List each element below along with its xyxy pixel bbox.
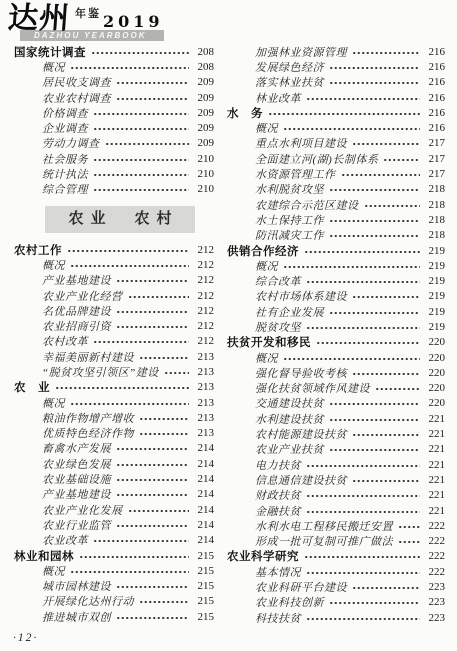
toc-row: 水土保持工作 218 [227,212,445,227]
dot-leader [116,460,189,470]
toc-page-number: 221 [423,474,445,486]
toc-page-number: 222 [423,550,445,562]
toc-entry-label: 劳动力调查 [14,135,100,151]
toc-row: 畜禽水产发展 214 [14,441,214,456]
toc-page-number: 214 [192,534,214,546]
toc-row: 粮油作物增产增收 213 [14,410,214,425]
toc-page-number: 212 [192,274,214,286]
toc-row: 概况 220 [227,350,445,365]
toc-page-number: 214 [192,458,214,470]
toc-page-number: 210 [192,183,214,195]
toc-entry-label: 开展绿化达州行动 [14,593,134,609]
toc-page-number: 218 [423,199,445,211]
toc-entry-label: 强化扶贫领域作风建设 [227,380,370,396]
toc-page-number: 219 [423,245,445,257]
toc-entry-label: 产业基地建设 [14,272,111,288]
section-banner: 农业 农村 [45,206,195,233]
toc-row: 农业科研平台建设 223 [227,579,445,594]
toc-row: 概况 219 [227,258,445,273]
toc-entry-label: 农业科技创新 [227,594,324,610]
toc-row: 概况 213 [14,395,214,410]
toc-row: 农业产业化经营 212 [14,288,214,303]
toc-entry-label: 概况 [227,120,278,136]
dot-leader [268,109,420,119]
toc-row: 防汛减灾工作 218 [227,228,445,243]
toc-page-number: 212 [192,320,214,332]
toc-row: 信息通信建设扶贫 221 [227,472,445,487]
dot-leader [79,552,189,562]
toc-page-number: 222 [423,566,445,578]
toc-page-number: 216 [423,61,445,73]
toc-row: 开展绿化达州行动 215 [14,594,214,609]
toc-page-number: 220 [423,352,445,364]
dot-leader [398,537,420,547]
dot-leader [116,78,189,88]
toc-page-number: 209 [192,92,214,104]
toc-row: 城市园林建设 215 [14,579,214,594]
toc-row: 重点水利项目建设 217 [227,136,445,151]
toc-page-number: 212 [192,305,214,317]
dot-leader [329,399,420,409]
dot-leader [329,308,420,318]
toc-page-number: 222 [423,535,445,547]
toc-page-number: 220 [423,367,445,379]
toc-entry-label: 社会服务 [14,151,88,167]
toc-entry-label: 强化督导验收考核 [227,365,347,381]
dot-leader [116,475,189,485]
toc-page-number: 221 [423,413,445,425]
toc-row: 形成一批可复制可推广做法 222 [227,534,445,549]
toc-entry-label: 幸福美丽新村建设 [14,349,134,365]
dot-leader [329,231,420,241]
yearbook-toc-page: 达州 年鉴 2019 DAZHOU YEARBOOK 国家统计调查 208 概况… [0,0,457,651]
dot-leader [116,613,189,623]
dot-leader [329,445,420,455]
toc-page-number: 223 [423,612,445,624]
dot-leader [304,552,420,562]
toc-page-number: 215 [192,595,214,607]
toc-page-number: 220 [423,336,445,348]
toc-entry-label: 畜禽水产发展 [14,440,111,456]
toc-entry-label: 城市园林建设 [14,578,111,594]
toc-entry-label: 统计执法 [14,166,88,182]
toc-entry-label: 国家统计调查 [14,44,86,60]
dot-leader [67,246,189,256]
toc-row: 电力扶贫 221 [227,457,445,472]
toc-entry-label: 概况 [14,563,65,579]
toc-row: 林业改革 216 [227,90,445,105]
toc-row: 基本情况 222 [227,564,445,579]
dot-leader [352,292,420,302]
dot-leader [93,536,189,546]
toc-entry-label: 农村市场体系建设 [227,288,347,304]
toc-entry-label: 水利水电工程移民搬迁安置 [227,518,393,534]
toc-page-number: 216 [423,46,445,58]
toc-page-number: 221 [423,428,445,440]
toc-row: 概况 216 [227,120,445,135]
toc-row: 强化扶贫领域作风建设 220 [227,381,445,396]
toc-row: 综合改革 219 [227,273,445,288]
dot-leader [352,139,420,149]
dot-leader [375,384,420,394]
dot-leader [70,261,189,271]
toc-row: 产业基地建设 212 [14,273,214,288]
dot-leader [329,63,420,73]
toc-column-right: 加强林业资源管理 216 发展绿色经济 216 落实林业扶贫 216 [227,44,445,629]
toc-page-number: 208 [192,46,214,58]
dot-leader [283,124,420,134]
toc-entry-label: 农业产业化发展 [14,502,123,518]
toc-page-number: 222 [423,520,445,532]
toc-row: 加强林业资源管理 216 [227,44,445,59]
toc-entry-label: 概况 [227,350,278,366]
toc-row: 全面建立河(湖)长制体系 217 [227,151,445,166]
toc-entry-label: 推进城市双创 [14,609,111,625]
toc-page-number: 213 [192,351,214,363]
logo-subtitle-cn: 年鉴 [75,5,101,21]
toc-page-number: 213 [192,427,214,439]
dot-leader [329,185,420,195]
yearbook-logo: 达州 年鉴 2019 DAZHOU YEARBOOK [8,5,164,41]
toc-entry-label: 水土保持工作 [227,212,324,228]
toc-entry-label: 综合管理 [14,181,88,197]
toc-entry-label: 概况 [227,258,278,274]
toc-entry-label: 名优品牌建设 [14,303,111,319]
toc-row: 优质特色经济作物 213 [14,426,214,441]
toc-row: 落实林业扶贫 216 [227,75,445,90]
toc-row: 水利脱贫攻坚 218 [227,182,445,197]
toc-page-number: 216 [423,92,445,104]
page-footer: ·12· [13,632,38,644]
toc-page-number: 212 [192,335,214,347]
toc-entry-label: 农业行业监管 [14,517,111,533]
toc-page-number: 223 [423,596,445,608]
toc-row: 概况 208 [14,59,214,74]
toc-page-number: 219 [423,306,445,318]
dot-leader [70,63,189,73]
toc-page-number: 215 [192,611,214,623]
toc-entry-label: 综合改革 [227,273,301,289]
toc-page-number: 218 [423,214,445,226]
toc-page-number: 213 [192,412,214,424]
dot-leader [352,430,420,440]
dot-leader [398,522,420,532]
toc-row: 居民收支调查 209 [14,75,214,90]
toc-entry-label: 概况 [14,395,65,411]
toc-page-number: 218 [423,183,445,195]
toc-entry-label: 农业科研平台建设 [227,579,347,595]
toc-row: 农业产业化发展 214 [14,502,214,517]
toc-row: 农业科技创新 223 [227,595,445,610]
toc-page-number: 216 [423,122,445,134]
toc-entry-label: 林业和园林 [14,548,74,564]
toc-entry-label: 粮油作物增产增收 [14,410,134,426]
dot-leader [55,383,189,393]
toc-entry-label: “脱贫攻坚引领区”建设 [14,364,159,380]
toc-entry-label: 水 务 [227,105,263,121]
toc-row: 农业农村调查 209 [14,90,214,105]
toc-row: 综合管理 210 [14,182,214,197]
toc-row: 社有企业发展 219 [227,304,445,319]
dot-leader [352,476,420,486]
toc-row: 农村能源建设扶贫 221 [227,426,445,441]
toc-row: “脱贫攻坚引领区”建设 213 [14,364,214,379]
toc-page-number: 214 [192,473,214,485]
dot-leader [352,369,420,379]
logo-year: 2019 [103,12,164,31]
dot-leader [283,262,420,272]
toc-page-number: 209 [192,107,214,119]
toc-row: 科技扶贫 223 [227,610,445,625]
toc-page-number: 220 [423,397,445,409]
dot-leader [139,353,189,363]
toc-row: 林业和园林 215 [14,548,214,563]
toc-row: 推进城市双创 215 [14,609,214,624]
toc-row: 财政扶贫 221 [227,488,445,503]
toc-row: 农村市场体系建设 219 [227,289,445,304]
dot-leader [139,414,189,424]
dot-leader [364,201,421,211]
toc-page-number: 208 [192,61,214,73]
toc-row: 国家统计调查 208 [14,44,214,59]
toc-row: 农村改革 212 [14,334,214,349]
toc-entry-label: 脱贫攻坚 [227,319,301,335]
toc-entry-label: 价格调查 [14,105,88,121]
dot-leader [116,276,189,286]
dot-leader [383,155,420,165]
toc-row: 扶贫开发和移民 220 [227,335,445,350]
toc-page-number: 210 [192,153,214,165]
dot-leader [93,109,189,119]
toc-entry-label: 农业科学研究 [227,548,299,564]
toc-entry-label: 农村能源建设扶贫 [227,426,347,442]
toc-entry-label: 农业产业化经营 [14,288,123,304]
toc-page-number: 214 [192,442,214,454]
dot-leader [139,429,189,439]
toc-entry-label: 水利建设扶贫 [227,411,324,427]
toc-entry-label: 电力扶贫 [227,457,301,473]
toc-page-number: 215 [192,580,214,592]
toc-entry-label: 金融扶贫 [227,503,301,519]
dot-leader [93,185,189,195]
toc-page-number: 212 [192,290,214,302]
toc-entry-label: 居民收支调查 [14,74,111,90]
toc-page-number: 219 [423,275,445,287]
toc-page-number: 218 [423,229,445,241]
toc-page-number: 217 [423,153,445,165]
toc-row: 水 务 216 [227,105,445,120]
toc-page-number: 212 [192,259,214,271]
toc-page-number: 213 [192,366,214,378]
dot-leader [128,506,190,516]
toc-page-number: 216 [423,107,445,119]
toc-entry-label: 优质特色经济作物 [14,425,134,441]
toc-entry-label: 企业调查 [14,120,88,136]
toc-row: 统计执法 210 [14,166,214,181]
toc-row: 农业绿色发展 214 [14,456,214,471]
toc-entry-label: 社有企业发展 [227,304,324,320]
toc-row: 农村工作 212 [14,242,214,257]
toc-entry-label: 基本情况 [227,564,301,580]
toc-row: 水利水电工程移民搬迁安置 222 [227,518,445,533]
dot-leader [116,444,189,454]
dot-leader [116,322,189,332]
toc-page-number: 210 [192,168,214,180]
dot-leader [164,368,189,378]
toc-entry-label: 财政扶贫 [227,487,301,503]
toc-page-number: 214 [192,519,214,531]
toc-entry-label: 农业绿色发展 [14,456,111,472]
dot-leader [306,614,420,624]
toc-page-number: 221 [423,505,445,517]
dot-leader [306,94,420,104]
toc-entry-label: 农建综合示范区建设 [227,197,359,213]
toc-row: 社会服务 210 [14,151,214,166]
toc-row: 水利建设扶贫 221 [227,411,445,426]
toc-page-number: 220 [423,382,445,394]
dot-leader [283,354,420,364]
dot-leader [304,247,420,257]
dot-leader [306,491,420,501]
toc-row: 脱贫攻坚 219 [227,319,445,334]
dot-leader [116,94,189,104]
dot-leader [352,48,420,58]
toc-page-number: 217 [423,137,445,149]
toc-page-number: 219 [423,290,445,302]
toc-entry-label: 防汛减灾工作 [227,227,324,243]
dot-leader [329,598,420,608]
toc-entry-label: 农业改革 [14,532,88,548]
toc-row: 发展绿色经济 216 [227,59,445,74]
toc-row: 交通建设扶贫 220 [227,396,445,411]
toc-entry-label: 产业基地建设 [14,486,111,502]
dot-leader [329,78,420,88]
dot-leader [352,583,420,593]
toc-entry-label: 全面建立河(湖)长制体系 [227,151,378,167]
toc-row: 企业调查 209 [14,120,214,135]
toc-page-number: 209 [192,76,214,88]
toc-page-number: 212 [192,244,214,256]
toc-row: 农业基础设施 214 [14,471,214,486]
toc-page-number: 219 [423,260,445,272]
dot-leader [128,292,190,302]
toc-page-number: 221 [423,443,445,455]
toc-row: 农业改革 214 [14,533,214,548]
toc-page-number: 213 [192,397,214,409]
toc-page-number: 209 [192,122,214,134]
toc-entry-label: 供销合作经济 [227,243,299,259]
toc-page-number: 219 [423,321,445,333]
toc-entry-label: 信息通信建设扶贫 [227,472,347,488]
dot-leader [139,597,189,607]
toc-entry-label: 水资源管理工作 [227,166,336,182]
toc-entry-label: 农业产业扶贫 [227,441,324,457]
dot-leader [91,48,189,58]
dot-leader [116,490,189,500]
toc-row: 产业基地建设 214 [14,487,214,502]
toc-row: 供销合作经济 219 [227,243,445,258]
dot-leader [306,568,420,578]
toc-entry-label: 农村改革 [14,333,88,349]
dot-leader [93,124,189,134]
toc-entry-label: 农业农村调查 [14,90,111,106]
toc-row: 强化督导验收考核 220 [227,365,445,380]
toc-row: 名优品牌建设 212 [14,303,214,318]
dot-leader [93,170,189,180]
dot-leader [70,567,189,577]
toc-entry-label: 林业改革 [227,90,301,106]
toc-entry-label: 加强林业资源管理 [227,44,347,60]
toc-entry-label: 扶贫开发和移民 [227,334,311,350]
toc-row: 农业行业监管 214 [14,517,214,532]
toc-row: 水资源管理工作 217 [227,166,445,181]
dot-leader [70,399,189,409]
toc-column-left: 国家统计调查 208 概况 208 居民收支调查 209 农业农 [14,44,214,629]
dot-leader [306,323,420,333]
toc-page-number: 215 [192,550,214,562]
toc-page-number: 216 [423,76,445,88]
toc-entry-label: 农业基础设施 [14,471,111,487]
dot-leader [316,338,420,348]
dot-leader [306,277,420,287]
dot-leader [93,155,189,165]
toc-row: 农业招商引资 212 [14,318,214,333]
dot-leader [341,170,421,180]
dot-leader [93,337,189,347]
toc-row: 价格调查 209 [14,105,214,120]
toc-entry-label: 农 业 [14,379,50,395]
toc-entry-label: 概况 [14,257,65,273]
dot-leader [116,582,189,592]
toc-entry-label: 重点水利项目建设 [227,135,347,151]
dot-leader [329,216,420,226]
toc-page-number: 217 [423,168,445,180]
toc-row: 农 业 213 [14,380,214,395]
toc-entry-label: 交通建设扶贫 [227,395,324,411]
toc-row: 幸福美丽新村建设 213 [14,349,214,364]
toc-row: 农业产业扶贫 221 [227,442,445,457]
toc-row: 农建综合示范区建设 218 [227,197,445,212]
toc-page-number: 214 [192,504,214,516]
toc-entry-label: 概况 [14,59,65,75]
toc-entry-label: 科技扶贫 [227,610,301,626]
toc-page-number: 221 [423,489,445,501]
toc-entry-label: 农业招商引资 [14,318,111,334]
toc-row: 劳动力调查 209 [14,136,214,151]
toc-page-number: 213 [192,381,214,393]
toc-row: 金融扶贫 221 [227,503,445,518]
toc-entry-label: 落实林业扶贫 [227,74,324,90]
toc-row: 概况 215 [14,563,214,578]
dot-leader [329,415,420,425]
toc-page-number: 214 [192,488,214,500]
dot-leader [306,461,420,471]
toc-entry-label: 发展绿色经济 [227,59,324,75]
toc-page-number: 221 [423,459,445,471]
toc-entry-label: 形成一批可复制可推广做法 [227,533,393,549]
logo-title-cn: 达州 [7,5,71,33]
toc-row: 概况 212 [14,257,214,272]
dot-leader [116,307,189,317]
toc-page-number: 215 [192,565,214,577]
toc-entry-label: 农村工作 [14,242,62,258]
toc-page-number: 223 [423,581,445,593]
toc-entry-label: 水利脱贫攻坚 [227,181,324,197]
toc-row: 农业科学研究 222 [227,549,445,564]
table-of-contents: 国家统计调查 208 概况 208 居民收支调查 209 农业农 [14,44,445,629]
dot-leader [116,521,189,531]
toc-page-number: 209 [192,137,214,149]
